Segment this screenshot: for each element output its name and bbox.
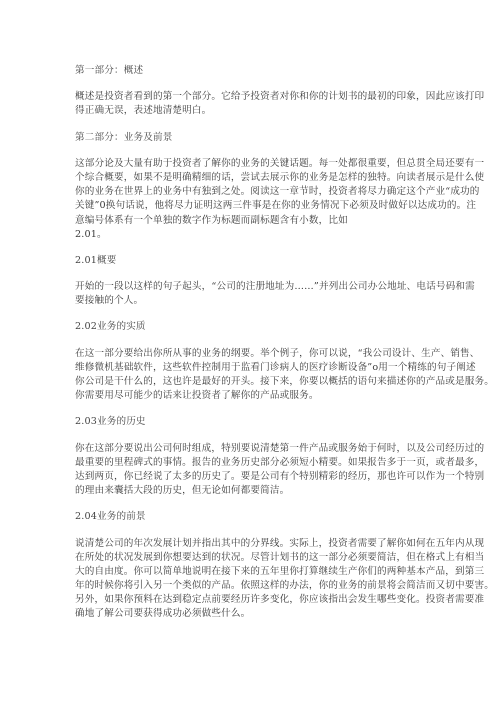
- heading-line: 2.03业务的历史: [75, 415, 435, 429]
- heading-line: 第一部分：概述: [75, 64, 435, 78]
- text-line: 另外，如果你预料在达到稳定点前要经历许多变化，你应该指出会发生哪些变化。投资者需…: [75, 593, 435, 607]
- document-page: 第一部分：概述 概述是投资者看到的第一个部分。它给予投资者对你和你的计划书的最初…: [75, 64, 435, 622]
- text-line: 个综合概要，如果不是明确精细的话，尝试去展示你的业务是怎样的独特。向读者展示是什…: [75, 171, 435, 185]
- spacer: [75, 145, 435, 157]
- spacer: [75, 78, 435, 90]
- text-line: 你在这部分要说出公司何时组成，特别要说清楚第一件产品或服务始于何时，以及公司经历…: [75, 442, 435, 456]
- paragraph-business-prospects: 这部分论及大量有助于投资者了解你的业务的关键话题。每一处都很重要，但总贯全局还要…: [75, 157, 435, 242]
- spacer: [75, 119, 435, 131]
- section-heading-2-04: 2.04业务的前景: [75, 510, 435, 524]
- text-line: 你需要用尽可能少的话来让投资者了解你的产品或服务。: [75, 389, 435, 403]
- spacer: [75, 335, 435, 347]
- spacer: [75, 430, 435, 442]
- paragraph-summary: 开始的一段以这样的句子起头，“公司的注册地址为……”并列出公司办公地址、电话号码…: [75, 280, 435, 308]
- paragraph-business-history: 你在这部分要说出公司何时组成，特别要说清楚第一件产品或服务始于何时，以及公司经历…: [75, 442, 435, 499]
- text-line: 最重要的里程碑式的事情。报告的业务历史部分必须短小精要。如果报告多于一页，或者最…: [75, 456, 435, 470]
- text-line: 在所处的状况发展到你想要达到的状况。尽管计划书的这一部分必须要简洁，但在格式上有…: [75, 551, 435, 565]
- text-line: 达到两页，你已经说了太多的历史了。要是公司有个特别精彩的经历，那也许可以作为一个…: [75, 470, 435, 484]
- text-line: 关键”0换句话说，他将尽力证明这两三件事是在你的业务情况下必须及时做好以达成功的…: [75, 199, 435, 213]
- section-heading-2-02: 2.02业务的实质: [75, 320, 435, 334]
- text-line: 的理由来囊括大段的历史，但无论如何都要简洁。: [75, 484, 435, 498]
- text-line: 要接触的个人。: [75, 294, 435, 308]
- spacer: [75, 268, 435, 280]
- paragraph-overview: 概述是投资者看到的第一个部分。它给予投资者对你和你的计划书的最初的印象，因此应该…: [75, 90, 435, 118]
- section-heading-part1: 第一部分：概述: [75, 64, 435, 78]
- text-line: 这部分论及大量有助于投资者了解你的业务的关键话题。每一处都很重要，但总贯全局还要…: [75, 157, 435, 171]
- text-line: 年的时候你将引入另一个类似的产品。依照这样的办法，你的业务的前景将会简洁而又切中…: [75, 579, 435, 593]
- text-line: 概述是投资者看到的第一个部分。它给予投资者对你和你的计划书的最初的印象，因此应该…: [75, 90, 435, 104]
- text-line: 你的业务在世界上的业务中有独到之处。阅读这一章节时，投资者将尽力确定这个产业“成…: [75, 185, 435, 199]
- text-line: 确地了解公司要获得成功必须做些什么。: [75, 607, 435, 621]
- spacer: [75, 308, 435, 320]
- text-line: 得正确无误，表述地清楚明白。: [75, 104, 435, 118]
- text-line: 意编号体系有一个单独的数字作为标题而副标题含有小数，比如: [75, 214, 435, 228]
- section-heading-part2: 第二部分：业务及前景: [75, 131, 435, 145]
- spacer: [75, 403, 435, 415]
- text-line: 说清楚公司的年次发展计划并指出其中的分界线。实际上，投资者需要了解你如何在五年内…: [75, 537, 435, 551]
- heading-line: 第二部分：业务及前景: [75, 131, 435, 145]
- spacer: [75, 498, 435, 510]
- section-heading-2-03: 2.03业务的历史: [75, 415, 435, 429]
- text-line: 维修微机基础软件，这些软件控制用于监看门诊病人的医疗诊断设备”o用一个精练的句子…: [75, 361, 435, 375]
- text-line: 大的自由度。你可以简单地说明在接下来的五年里你打算继续生产你们的两种基本产品，到…: [75, 565, 435, 579]
- section-heading-2-01: 2.01概要: [75, 254, 435, 268]
- heading-line: 2.01概要: [75, 254, 435, 268]
- spacer: [75, 242, 435, 254]
- text-line: 开始的一段以这样的句子起头，“公司的注册地址为……”并列出公司办公地址、电话号码…: [75, 280, 435, 294]
- paragraph-business-outlook: 说清楚公司的年次发展计划并指出其中的分界线。实际上，投资者需要了解你如何在五年内…: [75, 537, 435, 622]
- text-line: 在这一部分要给出你所从事的业务的纲要。举个例子，你可以说，“我公司设计、生产、销…: [75, 347, 435, 361]
- spacer: [75, 525, 435, 537]
- heading-line: 2.02业务的实质: [75, 320, 435, 334]
- text-line: 你公司是干什么的，这也许是最好的开头。接下来，你要以概括的语句来描述你的产品或是…: [75, 375, 435, 389]
- heading-line: 2.04业务的前景: [75, 510, 435, 524]
- paragraph-business-nature: 在这一部分要给出你所从事的业务的纲要。举个例子，你可以说，“我公司设计、生产、销…: [75, 347, 435, 404]
- text-line: 2.01。: [75, 228, 435, 242]
